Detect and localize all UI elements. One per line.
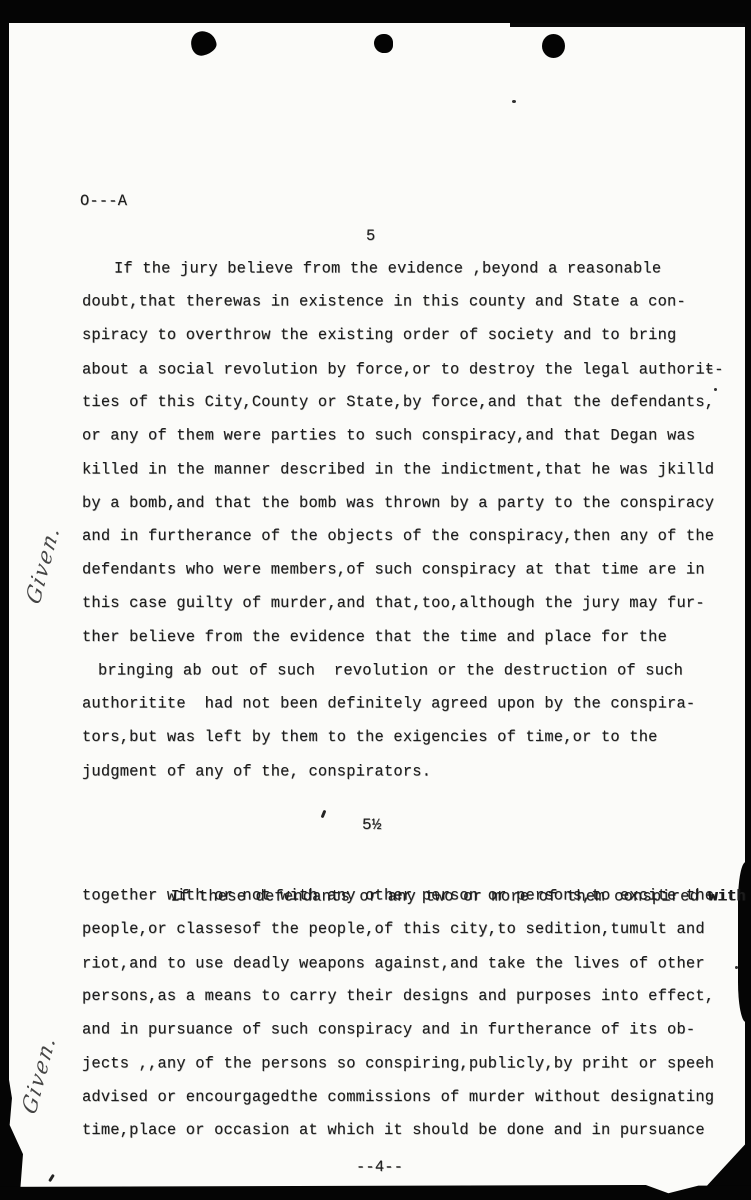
- punch-hole-icon: [374, 34, 393, 53]
- ink-tick-mark: [48, 1174, 55, 1182]
- document-code-label: O---A: [80, 192, 127, 210]
- typed-line: ties of this City,County or State,by for…: [82, 386, 727, 420]
- typed-line: spiracy to overthrow the existing order …: [82, 319, 727, 353]
- ink-speck: [714, 388, 717, 391]
- handwritten-margin-note: Given.: [10, 476, 76, 651]
- typed-line: killed in the manner described in the in…: [82, 454, 727, 488]
- ink-tick-mark: [321, 810, 327, 819]
- typed-line: bringing ab out of such revolution or th…: [82, 655, 727, 689]
- typed-line: advised or encourgagedthe commissions of…: [82, 1081, 727, 1115]
- typed-line: doubt,that therewas in existence in this…: [82, 285, 727, 319]
- scan-border-top-edge: [510, 23, 751, 27]
- typed-line: ther believe from the evidence that the …: [82, 621, 727, 655]
- typed-line: jects ,,any of the persons so conspiring…: [82, 1048, 727, 1082]
- handwritten-margin-note: Given.: [6, 986, 72, 1161]
- punch-hole-icon: [188, 28, 218, 57]
- typed-line: riot,and to use deadly weapons against,a…: [82, 947, 727, 981]
- typed-line: tors,but was left by them to the exigenc…: [82, 721, 727, 755]
- typed-line: and in furtherance of the objects of the…: [82, 520, 727, 554]
- typed-line: judgment of any of the, conspirators.: [82, 755, 727, 789]
- typed-line: people,or classesof the people,of this c…: [82, 913, 727, 947]
- punch-hole-icon: [542, 34, 565, 58]
- typed-line: this case guilty of murder,and that,too,…: [82, 587, 727, 621]
- typed-line: or any of them were parties to such cons…: [82, 419, 727, 453]
- ink-speck: [512, 100, 516, 103]
- scan-border-bottom: [0, 1184, 751, 1200]
- scan-border-top: [0, 0, 751, 23]
- typed-line: and in pursuance of such conspiracy and …: [82, 1013, 727, 1047]
- typed-line: authoritite had not been definitely agre…: [82, 687, 727, 721]
- page-number: --4--: [356, 1158, 403, 1176]
- typed-line: persons,as a means to carry their design…: [82, 980, 727, 1014]
- typed-line: by a bomb,and that the bomb was thrown b…: [82, 487, 727, 521]
- typed-line: If the jury believe from the evidence ,b…: [82, 253, 727, 287]
- typed-line: time,place or occasion at which it shoul…: [82, 1114, 727, 1148]
- typed-line: If these defendants or any two or more o…: [82, 847, 727, 881]
- section-5-half-number: 5½: [362, 816, 382, 834]
- scanned-document-page: O---A 5 If the jury believe from the evi…: [0, 0, 751, 1200]
- typed-line: defendants who were members,of such cons…: [82, 553, 727, 587]
- scan-border-left: [0, 0, 9, 1200]
- typed-line: together with or not with any other pers…: [82, 879, 727, 913]
- typed-line: about a social revolution by force,or to…: [82, 353, 727, 387]
- section-5-body: If the jury believe from the evidence ,b…: [82, 252, 727, 788]
- ink-speck: [735, 966, 738, 969]
- section-5-half-body: If these defendants or any two or more o…: [82, 846, 727, 1148]
- section-5-number: 5: [366, 227, 375, 245]
